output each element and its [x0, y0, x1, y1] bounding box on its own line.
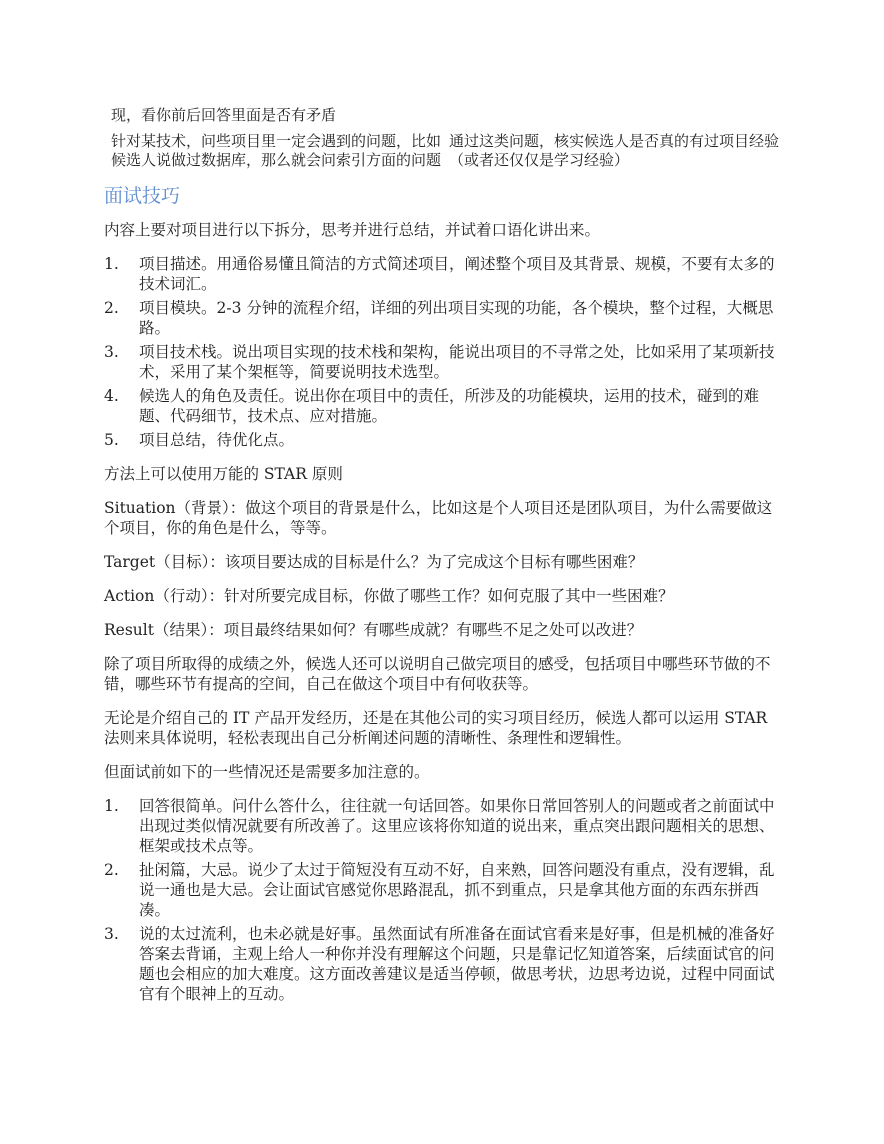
list-item: 4.候选人的角色及责任。说出你在项目中的责任，所涉及的功能模块，运用的技术，碰到…: [104, 386, 784, 426]
list-item: 1.项目描述。用通俗易懂且简洁的方式简述项目，阐述整个项目及其背景、规模，不要有…: [104, 254, 784, 294]
caution-intro-paragraph: 但面试前如下的一些情况还是需要多加注意的。: [104, 762, 784, 782]
star-label: Action: [104, 587, 154, 605]
method-intro-paragraph: 方法上可以使用万能的 STAR 原则: [104, 464, 784, 484]
list-text: 项目总结，待优化点。: [139, 431, 294, 449]
table-cell-purpose: 通过这类问题，核实候选人是否真的有过项目经验（或者还仅仅是学习经验）: [449, 132, 789, 170]
list-number: 1.: [104, 254, 119, 274]
list-item: 2.扯闲篇，大忌。说少了太过于简短没有互动不好，自来熟，回答问题没有重点，没有逻…: [104, 860, 784, 920]
list-text: 项目描述。用通俗易懂且简洁的方式简述项目，阐述整个项目及其背景、规模，不要有太多…: [139, 255, 775, 293]
table-cell-purpose: [449, 106, 789, 132]
section-heading: 面试技巧: [104, 184, 784, 208]
star-label: Result: [104, 621, 154, 639]
list-text: 说的太过流利，也未必就是好事。虽然面试有所准备在面试官看来是好事，但是机械的准备…: [139, 925, 775, 1003]
list-item: 2.项目模块。2-3 分钟的流程介绍，详细的列出项目实现的功能，各个模块，整个过…: [104, 298, 784, 338]
star-situation: Situation（背景）：做这个项目的背景是什么，比如这是个人项目还是团队项目…: [104, 498, 784, 538]
star-text: （背景）：做这个项目的背景是什么，比如这是个人项目还是团队项目，为什么需要做这个…: [104, 499, 772, 537]
star-target: Target（目标）：该项目要达成的目标是什么？为了完成这个目标有哪些困难？: [104, 552, 784, 572]
star-text: （目标）：该项目要达成的目标是什么？为了完成这个目标有哪些困难？: [155, 553, 643, 571]
caution-list: 1.回答很简单。问什么答什么，往往就一句话回答。如果你日常回答别人的问题或者之前…: [104, 796, 784, 1004]
list-number: 4.: [104, 386, 119, 406]
star-label: Situation: [104, 499, 176, 517]
list-text: 项目模块。2-3 分钟的流程介绍，详细的列出项目实现的功能，各个模块，整个过程，…: [139, 299, 773, 337]
evaluation-table-continuation: 现，看你前后回答里面是否有矛盾 针对某技术，问些项目里一定会遇到的问题，比如候选…: [111, 106, 784, 170]
star-text: （结果）：项目最终结果如何？有哪些成就？有哪些不足之处可以改进？: [154, 621, 642, 639]
feelings-paragraph: 除了项目所取得的成绩之外，候选人还可以说明自己做完项目的感受，包括项目中哪些环节…: [104, 654, 784, 694]
table-cell-method: 针对某技术，问些项目里一定会遇到的问题，比如候选人说做过数据库，那么就会问索引方…: [111, 132, 449, 170]
star-result: Result（结果）：项目最终结果如何？有哪些成就？有哪些不足之处可以改进？: [104, 620, 784, 640]
list-item: 1.回答很简单。问什么答什么，往往就一句话回答。如果你日常回答别人的问题或者之前…: [104, 796, 784, 856]
star-usage-paragraph: 无论是介绍自己的 IT 产品开发经历，还是在其他公司的实习项目经历，候选人都可以…: [104, 708, 784, 748]
list-text: 扯闲篇，大忌。说少了太过于简短没有互动不好，自来熟，回答问题没有重点，没有逻辑，…: [139, 861, 775, 919]
list-item: 3.项目技术栈。说出项目实现的技术栈和架构，能说出项目的不寻常之处，比如采用了某…: [104, 342, 784, 382]
list-item: 5.项目总结，待优化点。: [104, 430, 784, 450]
document-page: 现，看你前后回答里面是否有矛盾 针对某技术，问些项目里一定会遇到的问题，比如候选…: [104, 106, 784, 1018]
list-number: 2.: [104, 860, 119, 880]
list-number: 5.: [104, 430, 119, 450]
list-number: 3.: [104, 924, 119, 944]
list-text: 项目技术栈。说出项目实现的技术栈和架构，能说出项目的不寻常之处，比如采用了某项新…: [139, 343, 775, 381]
star-action: Action（行动）：针对所要完成目标，你做了哪些工作？如何克服了其中一些困难？: [104, 586, 784, 606]
list-number: 3.: [104, 342, 119, 362]
list-number: 2.: [104, 298, 119, 318]
list-item: 3.说的太过流利，也未必就是好事。虽然面试有所准备在面试官看来是好事，但是机械的…: [104, 924, 784, 1004]
list-text: 回答很简单。问什么答什么，往往就一句话回答。如果你日常回答别人的问题或者之前面试…: [139, 797, 775, 855]
list-text: 候选人的角色及责任。说出你在项目中的责任，所涉及的功能模块，运用的技术，碰到的难…: [139, 387, 759, 425]
star-text: （行动）：针对所要完成目标，你做了哪些工作？如何克服了其中一些困难？: [154, 587, 673, 605]
star-label: Target: [104, 553, 155, 571]
table-cell-method: 现，看你前后回答里面是否有矛盾: [111, 106, 449, 132]
project-breakdown-list: 1.项目描述。用通俗易懂且简洁的方式简述项目，阐述整个项目及其背景、规模，不要有…: [104, 254, 784, 450]
intro-paragraph: 内容上要对项目进行以下拆分，思考并进行总结，并试着口语化讲出来。: [104, 220, 784, 240]
list-number: 1.: [104, 796, 119, 816]
